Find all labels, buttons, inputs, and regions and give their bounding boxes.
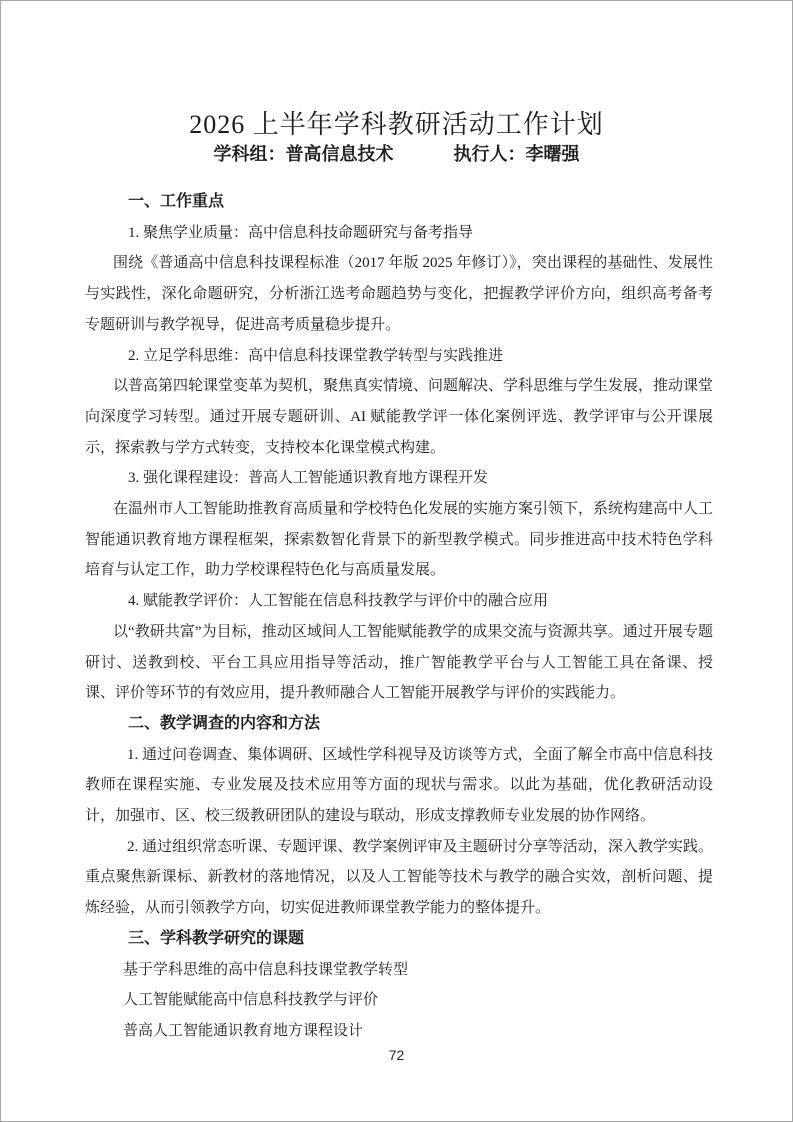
topic-item: 人工智能赋能高中信息科技教学与评价 <box>85 985 713 1016</box>
paragraph: 以普高第四轮课堂变革为契机，聚焦真实情境、问题解决、学科思维与学生发展，推动课堂… <box>85 371 713 463</box>
numbered-subheading: 2. 立足学科思维：高中信息科技课堂教学转型与实践推进 <box>85 341 713 372</box>
document-page: 2026 上半年学科教研活动工作计划 学科组：普高信息技术 执行人：李曙强 一、… <box>0 0 793 1122</box>
numbered-subheading: 1. 聚焦学业质量：高中信息科技命题研究与备考指导 <box>85 218 713 249</box>
document-title: 2026 上半年学科教研活动工作计划 <box>1 106 792 144</box>
page-footer: 72 <box>1 1045 792 1065</box>
page-number: 72 <box>389 1047 405 1063</box>
subject-group-label: 学科组：普高信息技术 <box>214 142 394 167</box>
numbered-subheading: 3. 强化课程建设：普高人工智能通识教育地方课程开发 <box>85 463 713 494</box>
topic-item: 基于学科思维的高中信息科技课堂教学转型 <box>85 955 713 986</box>
numbered-paragraph: 2. 通过组织常态听课、专题评课、教学案例评审及主题研讨分享等活动，深入教学实践… <box>85 832 713 924</box>
section-heading: 三、学科教学研究的课题 <box>85 924 713 955</box>
paragraph: 以“教研共富”为目标，推动区域间人工智能赋能教学的成果交流与资源共享。通过开展专… <box>85 617 713 709</box>
paragraph: 在温州市人工智能助推教育高质量和学校特色化发展的实施方案引领下，系统构建高中人工… <box>85 494 713 586</box>
section-heading: 一、工作重点 <box>85 187 713 218</box>
topic-item: 普高人工智能通识教育地方课程设计 <box>85 1016 713 1047</box>
meta-line: 学科组：普高信息技术 执行人：李曙强 <box>1 142 792 167</box>
section-heading: 二、教学调查的内容和方法 <box>85 709 713 740</box>
numbered-subheading: 4. 赋能教学评价：人工智能在信息科技教学与评价中的融合应用 <box>85 586 713 617</box>
numbered-paragraph: 1. 通过问卷调查、集体调研、区域性学科视导及访谈等方式，全面了解全市高中信息科… <box>85 740 713 832</box>
document-body: 一、工作重点 1. 聚焦学业质量：高中信息科技命题研究与备考指导 围绕《普通高中… <box>85 187 713 1047</box>
executor-label: 执行人：李曙强 <box>454 142 580 167</box>
paragraph: 围绕《普通高中信息科技课程标准（2017 年版 2025 年修订）》，突出课程的… <box>85 248 713 340</box>
